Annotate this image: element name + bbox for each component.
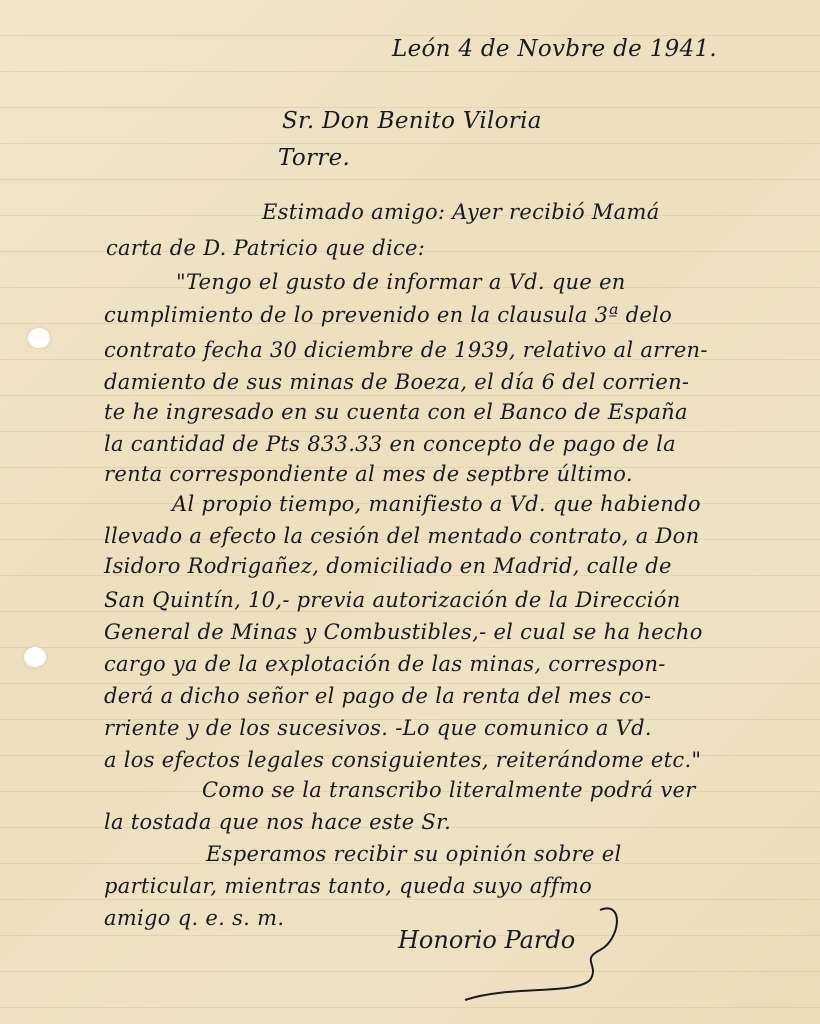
body-line: a los efectos legales consiguientes, rei… — [104, 748, 701, 772]
signature-flourish-icon — [450, 900, 650, 1010]
body-line: carta de D. Patricio que dice: — [106, 236, 425, 260]
body-line: Esperamos recibir su opinión sobre el — [206, 842, 621, 866]
body-line: damiento de sus minas de Boeza, el día 6… — [104, 370, 689, 394]
body-line: rriente y de los sucesivos. -Lo que comu… — [104, 716, 652, 740]
addressee-place: Torre. — [278, 145, 350, 171]
body-line: contrato fecha 30 diciembre de 1939, rel… — [104, 338, 708, 362]
body-line: llevado a efecto la cesión del mentado c… — [104, 524, 699, 548]
body-line: cargo ya de la explotación de las minas,… — [104, 652, 666, 676]
punch-hole-bottom — [24, 647, 46, 667]
body-line: renta correspondiente al mes de septbre … — [104, 462, 633, 486]
body-line: Estimado amigo: Ayer recibió Mamá — [262, 200, 660, 224]
body-line: te he ingresado en su cuenta con el Banc… — [104, 400, 688, 424]
body-line: Como se la transcribo literalmente podrá… — [202, 778, 696, 802]
date-line: León 4 de Novbre de 1941. — [392, 36, 717, 62]
body-line: Isidoro Rodrigañez, domiciliado en Madri… — [104, 554, 672, 578]
body-line: derá a dicho señor el pago de la renta d… — [104, 684, 651, 708]
body-line: General de Minas y Combustibles,- el cua… — [104, 620, 703, 644]
body-line: la cantidad de Pts 833.33 en concepto de… — [104, 432, 676, 456]
body-line: particular, mientras tanto, queda suyo a… — [104, 874, 592, 898]
addressee-name: Sr. Don Benito Viloria — [282, 108, 542, 134]
body-line: Al propio tiempo, manifiesto a Vd. que h… — [172, 492, 701, 516]
letter-page: León 4 de Novbre de 1941. Sr. Don Benito… — [0, 0, 820, 1024]
body-line: "Tengo el gusto de informar a Vd. que en — [176, 270, 626, 294]
punch-hole-top — [28, 328, 50, 348]
body-line: amigo q. e. s. m. — [104, 906, 284, 930]
body-line: San Quintín, 10,- previa autorización de… — [104, 588, 681, 612]
body-line: la tostada que nos hace este Sr. — [104, 810, 451, 834]
body-line: cumplimiento de lo prevenido en la claus… — [104, 303, 672, 327]
